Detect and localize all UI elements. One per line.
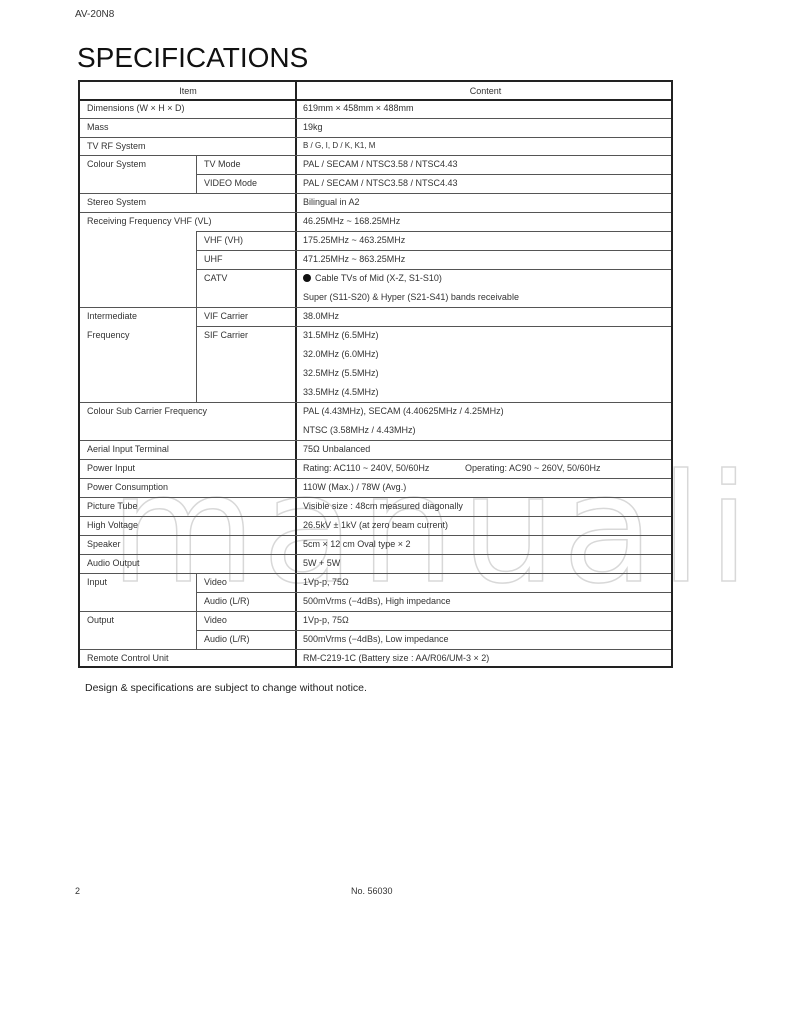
- row-item-label: Dimensions (W × H × D): [87, 103, 185, 113]
- sub-column-divider: [196, 573, 197, 592]
- row-item-label: Power Consumption: [87, 482, 168, 492]
- sub-column-divider: [196, 592, 197, 611]
- row-content-value: 75Ω Unbalanced: [303, 444, 370, 454]
- row-item-label: Picture Tube: [87, 501, 138, 511]
- sub-column-divider: [196, 250, 197, 269]
- row-content-value: 32.0MHz (6.0MHz): [303, 349, 379, 359]
- row-content-value: NTSC (3.58MHz / 4.43MHz): [303, 425, 416, 435]
- row-content-value: 1Vp-p, 75Ω: [303, 615, 349, 625]
- row-divider: [80, 497, 671, 498]
- row-content-value: 5cm × 12 cm Oval type × 2: [303, 539, 411, 549]
- row-content-value: B / G, I, D / K, K1, M: [303, 141, 375, 150]
- row-content-value: 471.25MHz ~ 863.25MHz: [303, 254, 405, 264]
- row-item-label: Audio Output: [87, 558, 140, 568]
- sub-column-divider: [196, 611, 197, 630]
- row-item-label: Stereo System: [87, 197, 146, 207]
- row-item-label: Speaker: [87, 539, 121, 549]
- row-divider: [80, 535, 671, 536]
- row-content-value: 500mVrms (−4dBs), Low impedance: [303, 634, 448, 644]
- row-divider: [80, 459, 671, 460]
- sub-column-divider: [196, 231, 197, 250]
- row-divider: [80, 118, 671, 119]
- row-divider: [80, 155, 671, 156]
- row-divider: [80, 137, 671, 138]
- row-item-label: Intermediate: [87, 311, 137, 321]
- row-content-value: 31.5MHz (6.5MHz): [303, 330, 379, 340]
- sub-column-divider: [196, 269, 197, 307]
- row-content-value: 26.5kV ± 1kV (at zero beam current): [303, 520, 448, 530]
- column-header-item: Item: [80, 86, 296, 96]
- row-divider: [80, 307, 671, 308]
- row-content-value: 46.25MHz ~ 168.25MHz: [303, 216, 400, 226]
- row-sub-label: UHF: [204, 254, 223, 264]
- row-divider: [196, 250, 671, 251]
- row-divider: [80, 440, 671, 441]
- sub-column-divider: [196, 174, 197, 193]
- row-content-value: 5W + 5W: [303, 558, 340, 568]
- row-sub-label: TV Mode: [204, 159, 241, 169]
- row-content-value: 1Vp-p, 75Ω: [303, 577, 349, 587]
- column-header-content: Content: [298, 86, 673, 96]
- row-item-label: Receiving Frequency VHF (VL): [87, 216, 212, 226]
- row-divider: [80, 573, 671, 574]
- row-content-value: PAL / SECAM / NTSC3.58 / NTSC4.43: [303, 159, 458, 169]
- row-content-value: Bilingual in A2: [303, 197, 360, 207]
- row-divider: [80, 402, 671, 403]
- row-divider: [196, 269, 671, 270]
- row-content-value: 38.0MHz: [303, 311, 339, 321]
- specifications-table: Item Content Dimensions (W × H × D)619mm…: [78, 80, 673, 668]
- row-content-value: Cable TVs of Mid (X-Z, S1-S10): [303, 273, 442, 283]
- row-divider: [196, 174, 671, 175]
- document-number: No. 56030: [351, 886, 393, 896]
- row-content-value: PAL / SECAM / NTSC3.58 / NTSC4.43: [303, 178, 458, 188]
- row-divider: [80, 99, 671, 101]
- row-item-label: TV RF System: [87, 141, 146, 151]
- row-content-value: PAL (4.43MHz), SECAM (4.40625MHz / 4.25M…: [303, 406, 504, 416]
- row-divider: [80, 611, 671, 612]
- bullet-icon: [303, 274, 311, 282]
- row-divider: [196, 231, 671, 232]
- row-item-label: Remote Control Unit: [87, 653, 169, 663]
- row-item-label: Power Input: [87, 463, 135, 473]
- row-content-value: 175.25MHz ~ 463.25MHz: [303, 235, 405, 245]
- row-divider: [80, 478, 671, 479]
- row-item-label: Colour System: [87, 159, 146, 169]
- row-item-label: Output: [87, 615, 114, 625]
- sub-column-divider: [196, 326, 197, 402]
- row-sub-label: VIF Carrier: [204, 311, 248, 321]
- row-content-value: Visible size : 48cm measured diagonally: [303, 501, 463, 511]
- disclaimer-note: Design & specifications are subject to c…: [85, 682, 367, 694]
- row-item-label: Aerial Input Terminal: [87, 444, 169, 454]
- row-divider: [80, 212, 671, 213]
- row-divider: [80, 649, 671, 650]
- row-content-value: RM-C219-1C (Battery size : AA/R06/UM-3 ×…: [303, 653, 489, 663]
- row-sub-label: SIF Carrier: [204, 330, 248, 340]
- row-item-label: Frequency: [87, 330, 130, 340]
- row-sub-label: VIDEO Mode: [204, 178, 257, 188]
- row-content-value: Super (S11-S20) & Hyper (S21-S41) bands …: [303, 292, 519, 302]
- row-divider: [196, 630, 671, 631]
- page-title: SPECIFICATIONS: [77, 42, 308, 74]
- row-content-value: 32.5MHz (5.5MHz): [303, 368, 379, 378]
- row-sub-label: Audio (L/R): [204, 596, 250, 606]
- sub-column-divider: [196, 630, 197, 649]
- row-item-label: Input: [87, 577, 107, 587]
- row-divider: [196, 326, 671, 327]
- model-number: AV-20N8: [75, 9, 114, 20]
- row-sub-label: Video: [204, 577, 227, 587]
- row-sub-label: VHF (VH): [204, 235, 243, 245]
- row-divider: [80, 193, 671, 194]
- row-item-label: Colour Sub Carrier Frequency: [87, 406, 207, 416]
- row-item-label: Mass: [87, 122, 109, 132]
- row-content-value: 33.5MHz (4.5MHz): [303, 387, 379, 397]
- row-content-value: Rating: AC110 ~ 240V, 50/60Hz: [303, 463, 429, 473]
- row-content-value: 110W (Max.) / 78W (Avg.): [303, 482, 406, 492]
- row-divider: [80, 516, 671, 517]
- row-sub-label: Video: [204, 615, 227, 625]
- row-divider: [80, 554, 671, 555]
- row-sub-label: Audio (L/R): [204, 634, 250, 644]
- row-divider: [196, 592, 671, 593]
- sub-column-divider: [196, 307, 197, 326]
- page-number: 2: [75, 886, 80, 896]
- row-content-value: 19kg: [303, 122, 323, 132]
- row-content-value: Operating: AC90 ~ 260V, 50/60Hz: [465, 463, 601, 473]
- row-item-label: High Voltage: [87, 520, 138, 530]
- row-content-value: 619mm × 458mm × 488mm: [303, 103, 414, 113]
- row-sub-label: CATV: [204, 273, 227, 283]
- column-divider: [295, 82, 297, 668]
- row-content-value: 500mVrms (−4dBs), High impedance: [303, 596, 450, 606]
- sub-column-divider: [196, 155, 197, 174]
